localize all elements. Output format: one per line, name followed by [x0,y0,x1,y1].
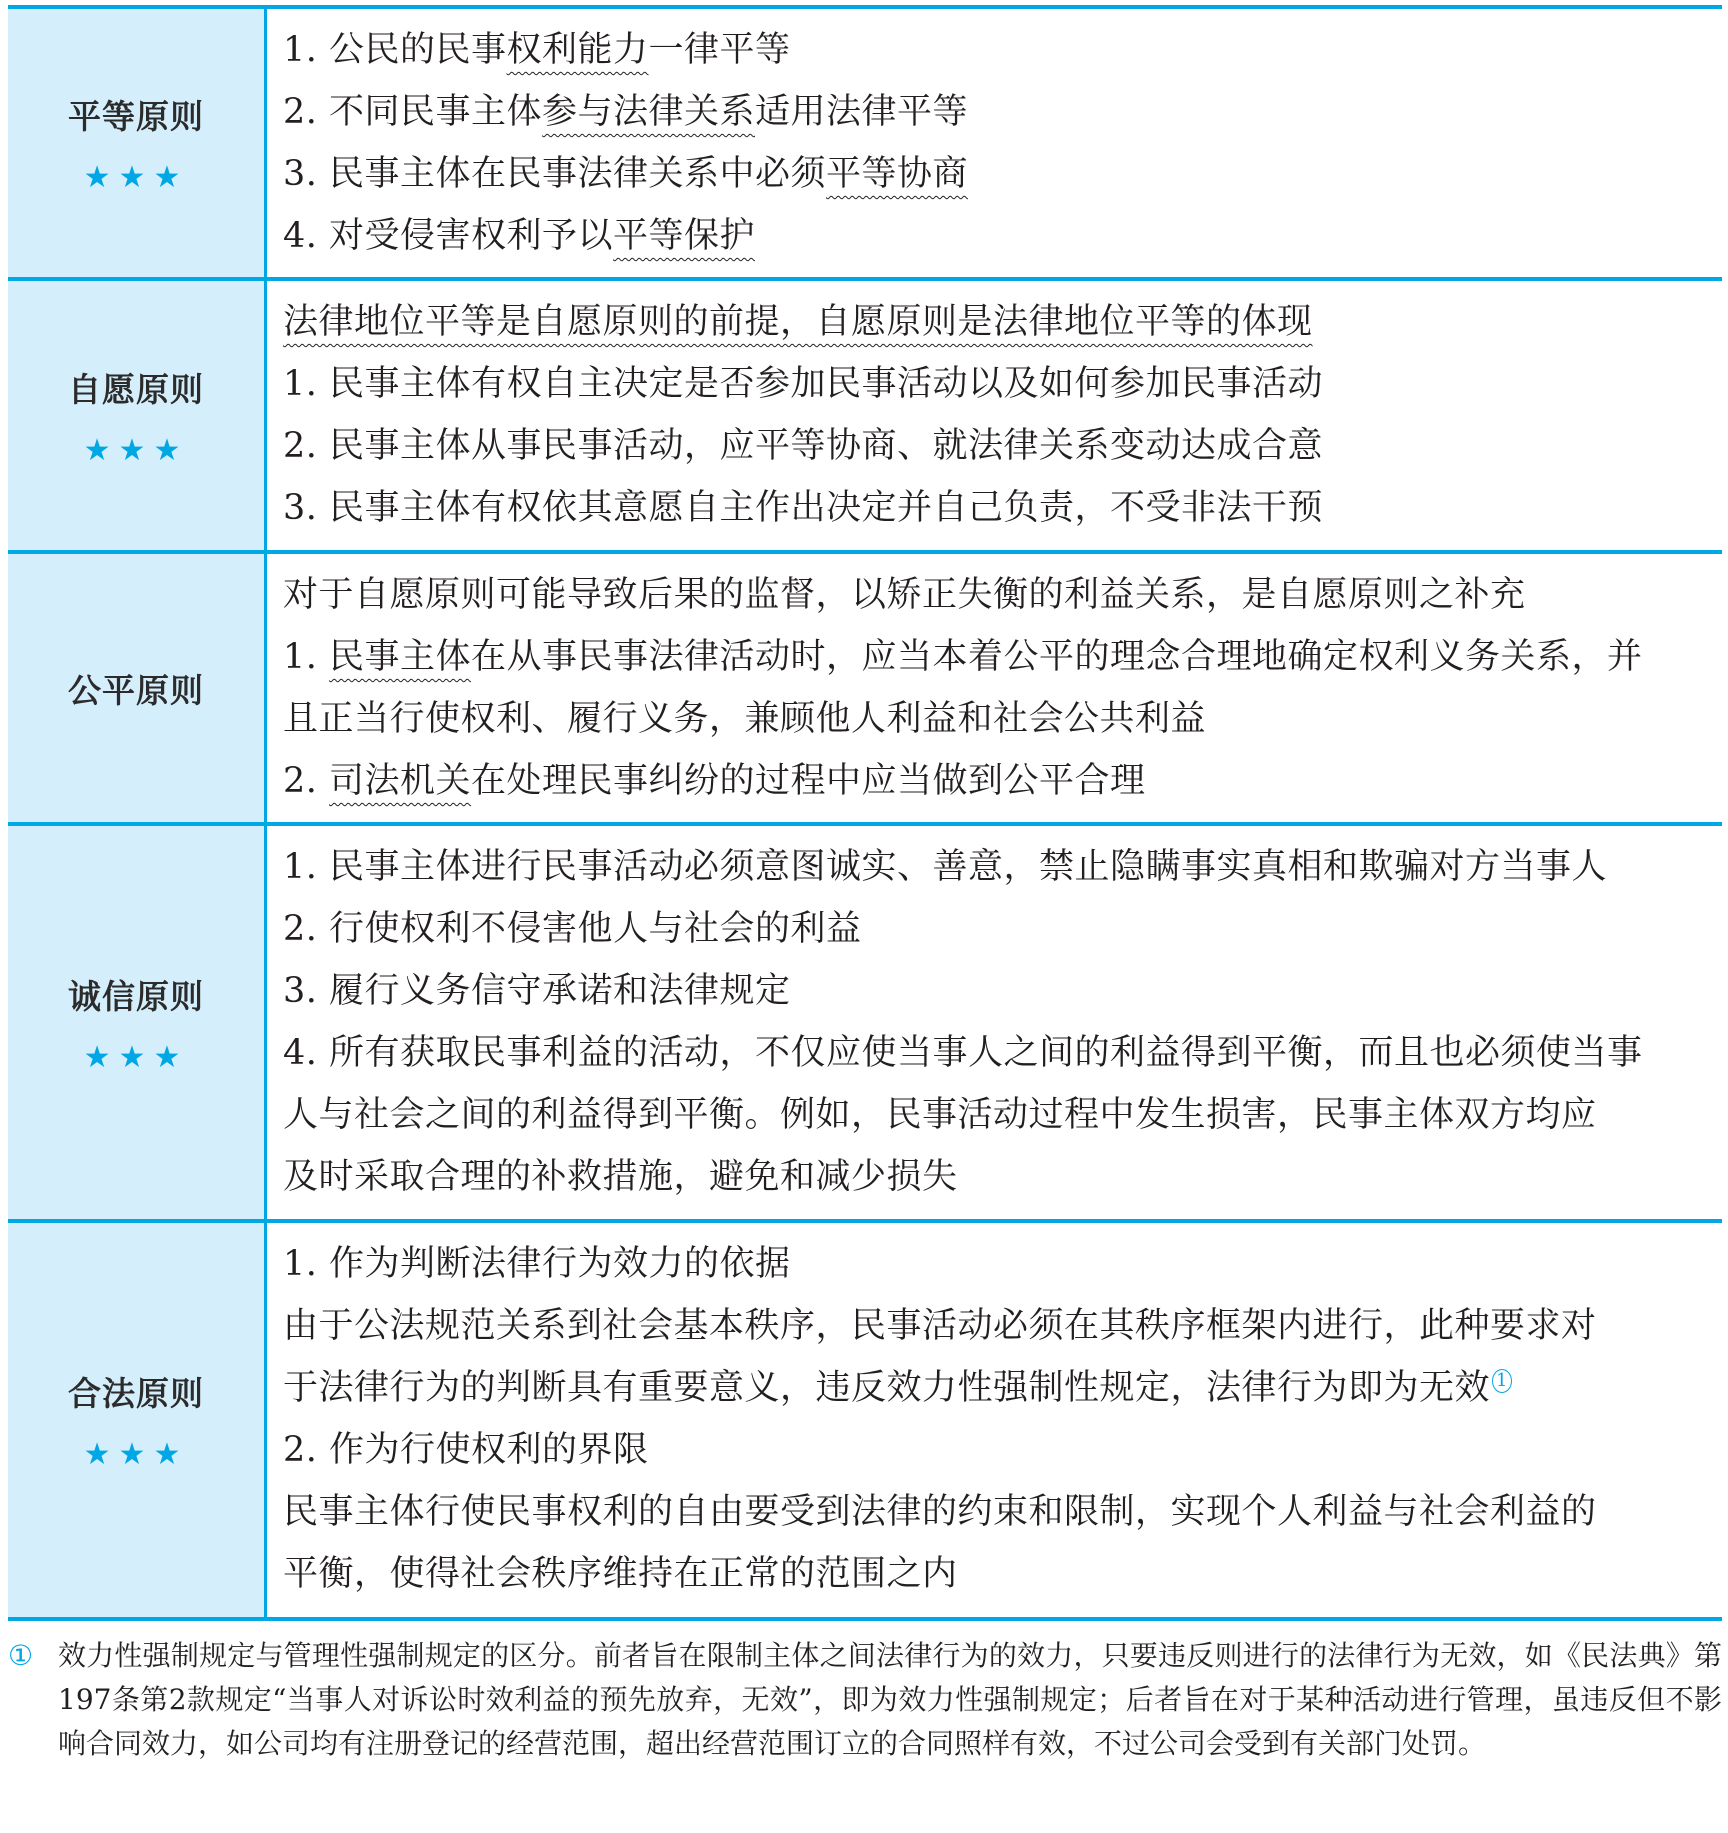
principle-title: 平等原则 [68,91,204,138]
content-line: 3. 民事主体有权依其意愿自主作出决定并自己负责，不受非法干预 [283,477,1708,539]
content-line: 法律地位平等是自愿原则的前提，自愿原则是法律地位平等的体现 [283,291,1708,353]
content-line: 2. 行使权利不侵害他人与社会的利益 [283,898,1708,960]
principles-table: 平等原则 ★★★ 1. 公民的民事权利能力一律平等 2. 不同民事主体参与法律关… [8,5,1722,1621]
content-line: 1. 作为判断法律行为效力的依据 [283,1233,1708,1295]
content-cell: 法律地位平等是自愿原则的前提，自愿原则是法律地位平等的体现 1. 民事主体有权自… [267,281,1722,550]
emphasis-underline: 平等协商 [826,154,968,194]
content-cell: 1. 作为判断法律行为效力的依据 由于公法规范关系到社会基本秩序，民事活动必须在… [267,1223,1722,1617]
star-rating-icon: ★★★ [84,433,189,468]
content-line: 由于公法规范关系到社会基本秩序，民事活动必须在其秩序框架内进行，此种要求对 [283,1295,1708,1357]
emphasis-underline: 权利能力 [507,30,649,70]
footnote: ① 效力性强制规定与管理性强制规定的区分。前者旨在限制主体之间法律行为的效力，只… [8,1634,1722,1766]
content-line: 于法律行为的判断具有重要意义，违反效力性强制性规定，法律行为即为无效1 [283,1357,1708,1419]
footnote-ref-link[interactable]: 1 [1492,1369,1512,1393]
content-line: 1. 民事主体进行民事活动必须意图诚实、善意，禁止隐瞒事实真相和欺骗对方当事人 [283,836,1708,898]
content-line: 1. 民事主体有权自主决定是否参加民事活动以及如何参加民事活动 [283,353,1708,415]
content-cell: 对于自愿原则可能导致后果的监督，以矫正失衡的利益关系，是自愿原则之补充 1. 民… [267,554,1722,822]
emphasis-underline: 司法机关 [329,761,471,801]
content-line: 3. 民事主体在民事法律关系中必须平等协商 [283,143,1708,205]
content-line: 且正当行使权利、履行义务，兼顾他人利益和社会公共利益 [283,688,1708,750]
content-line: 4. 所有获取民事利益的活动，不仅应使当事人之间的利益得到平衡，而且也必须使当事 [283,1022,1708,1084]
content-line: 1. 公民的民事权利能力一律平等 [283,19,1708,81]
label-cell: 公平原则 [8,554,267,822]
content-line: 人与社会之间的利益得到平衡。例如，民事活动过程中发生损害，民事主体双方均应 [283,1084,1708,1146]
content-line: 2. 民事主体从事民事活动，应平等协商、就法律关系变动达成合意 [283,415,1708,477]
content-line: 2. 作为行使权利的界限 [283,1419,1708,1481]
label-cell: 自愿原则 ★★★ [8,281,267,550]
row-good-faith-principle: 诚信原则 ★★★ 1. 民事主体进行民事活动必须意图诚实、善意，禁止隐瞒事实真相… [8,826,1722,1223]
content-line: 对于自愿原则可能导致后果的监督，以矫正失衡的利益关系，是自愿原则之补充 [283,564,1708,626]
star-rating-icon: ★★★ [84,1040,189,1075]
star-rating-icon: ★★★ [84,1437,189,1472]
footnote-marker: ① [8,1634,58,1766]
content-line: 4. 对受侵害权利予以平等保护 [283,205,1708,267]
emphasis-underline: 参与法律关系 [542,92,755,132]
label-cell: 平等原则 ★★★ [8,9,267,277]
label-cell: 合法原则 ★★★ [8,1223,267,1617]
content-line: 2. 不同民事主体参与法律关系适用法律平等 [283,81,1708,143]
content-line: 2. 司法机关在处理民事纠纷的过程中应当做到公平合理 [283,750,1708,812]
row-fairness-principle: 公平原则 对于自愿原则可能导致后果的监督，以矫正失衡的利益关系，是自愿原则之补充… [8,554,1722,826]
emphasis-underline: 平等保护 [613,216,755,256]
content-line: 1. 民事主体在从事民事法律活动时，应当本着公平的理念合理地确定权利义务关系，并 [283,626,1708,688]
row-legality-principle: 合法原则 ★★★ 1. 作为判断法律行为效力的依据 由于公法规范关系到社会基本秩… [8,1223,1722,1621]
content-line: 3. 履行义务信守承诺和法律规定 [283,960,1708,1022]
principle-title: 诚信原则 [68,971,204,1018]
star-rating-icon: ★★★ [84,160,189,195]
principle-title: 合法原则 [68,1368,204,1415]
content-line: 民事主体行使民事权利的自由要受到法律的约束和限制，实现个人利益与社会利益的 [283,1481,1708,1543]
footnote-text: 效力性强制规定与管理性强制规定的区分。前者旨在限制主体之间法律行为的效力，只要违… [58,1634,1722,1766]
content-cell: 1. 公民的民事权利能力一律平等 2. 不同民事主体参与法律关系适用法律平等 3… [267,9,1722,277]
emphasis-underline: 法律地位平等是自愿原则的前提，自愿原则是法律地位平等的体现 [283,302,1313,342]
principle-title: 公平原则 [68,665,204,712]
principle-title: 自愿原则 [68,364,204,411]
content-line: 平衡，使得社会秩序维持在正常的范围之内 [283,1543,1708,1605]
row-voluntariness-principle: 自愿原则 ★★★ 法律地位平等是自愿原则的前提，自愿原则是法律地位平等的体现 1… [8,281,1722,554]
row-equality-principle: 平等原则 ★★★ 1. 公民的民事权利能力一律平等 2. 不同民事主体参与法律关… [8,9,1722,281]
emphasis-underline: 民事主体 [329,637,471,677]
label-cell: 诚信原则 ★★★ [8,826,267,1219]
content-line: 及时采取合理的补救措施，避免和减少损失 [283,1146,1708,1208]
content-cell: 1. 民事主体进行民事活动必须意图诚实、善意，禁止隐瞒事实真相和欺骗对方当事人 … [267,826,1722,1219]
